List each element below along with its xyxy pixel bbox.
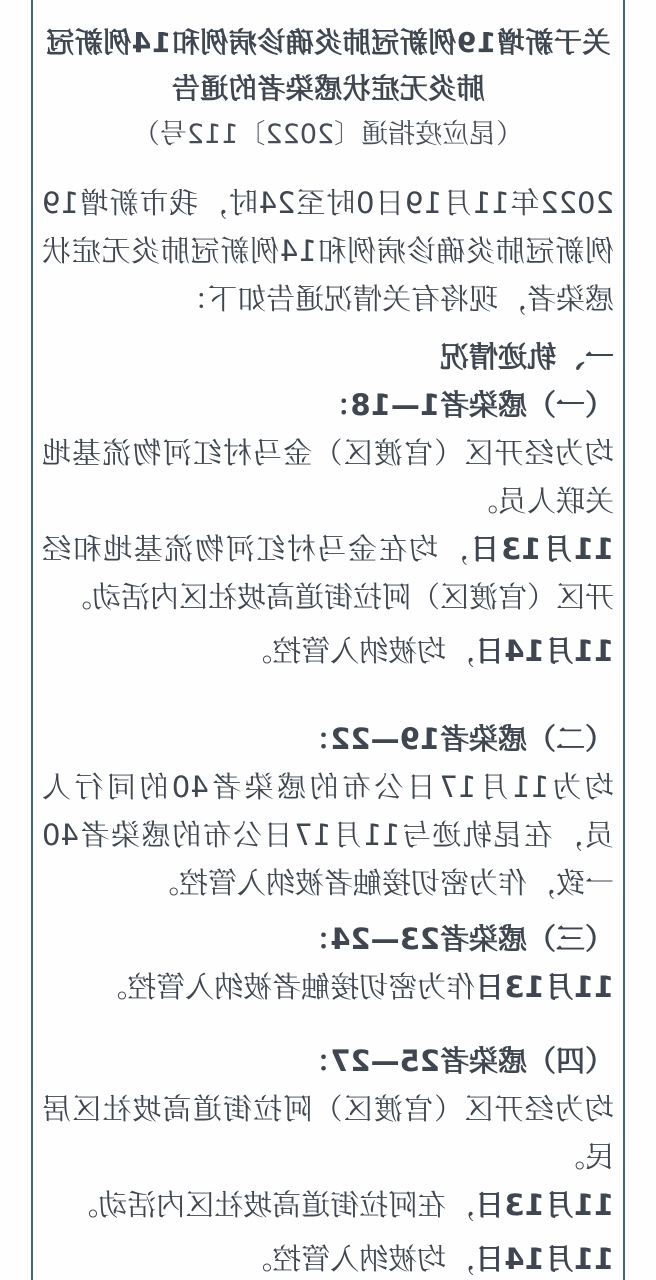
paragraph-text: ，在阿拉街道高坡社区内活动。: [69, 1188, 475, 1222]
paragraph-text: 作为密切接触者被纳入管控。: [98, 970, 475, 1004]
paragraph: 11月13日，均在金马村红河物流基地和经开区（官渡区）阿拉街道高坡社区内活动。: [42, 525, 614, 621]
group-heading-cases-1-18: （一）感染者1—18：: [42, 381, 614, 429]
group-heading-cases-19-22: （二）感染者19—22：: [42, 715, 614, 763]
document-number: （昆应疫指通〔2022〕112号）: [42, 113, 614, 157]
date-emphasis: 11月13日: [475, 970, 614, 1004]
document-sheet: 关于新增19例新冠肺炎确诊病例和14例新冠肺炎无症状感染者的通告 （昆应疫指通〔…: [31, 0, 625, 1280]
group-heading-cases-25-27: （四）感染者25—27：: [42, 1037, 614, 1085]
intro-paragraph: 2022年11月19日0时至24时，我市新增19例新冠肺炎确诊病例和14例新冠肺…: [42, 179, 614, 323]
paragraph: 均为11月17日公布的感染者40的同行人员，在昆轨迹与11月17日公布的感染者4…: [42, 763, 614, 907]
paragraph-text: 均为经开区（官渡区）阿拉街道高坡社区居民。: [42, 1092, 614, 1174]
paragraph-text: 均为经开区（官渡区）金马村红河物流基地关联人员。: [42, 436, 614, 518]
paragraph: 11月13日，在阿拉街道高坡社区内活动。: [42, 1181, 614, 1229]
section-heading-trajectory: 一、轨迹情况: [42, 333, 614, 381]
paragraph: 均为经开区（官渡区）金马村红河物流基地关联人员。: [42, 429, 614, 525]
paragraph: 11月13日作为密切接触者被纳入管控。: [42, 963, 614, 1011]
date-emphasis: 11月14日: [475, 634, 614, 668]
paragraph: 均为经开区（官渡区）阿拉街道高坡社区居民。: [42, 1085, 614, 1181]
date-emphasis: 11月13日: [475, 1188, 614, 1222]
paragraph-text: 均为11月17日公布的感染者40的同行人员，在昆轨迹与11月17日公布的感染者4…: [42, 770, 614, 900]
paragraph: 11月14日，均被纳入管控。: [42, 627, 614, 675]
paragraph-text: ，均被纳入管控。: [243, 634, 475, 668]
paragraph: 11月14日，均被纳入管控。: [42, 1235, 614, 1280]
date-emphasis: 11月13日: [469, 532, 614, 566]
intro-text: 2022年11月19日0时至24时，我市新增19例新冠肺炎确诊病例和14例新冠肺…: [42, 186, 614, 316]
document-title: 关于新增19例新冠肺炎确诊病例和14例新冠肺炎无症状感染者的通告: [42, 20, 614, 112]
date-emphasis: 11月14日: [475, 1242, 614, 1276]
paragraph-text: ，均被纳入管控。: [243, 1242, 475, 1276]
group-heading-cases-23-24: （三）感染者23—24：: [42, 915, 614, 963]
mirrored-page: 关于新增19例新冠肺炎确诊病例和14例新冠肺炎无症状感染者的通告 （昆应疫指通〔…: [0, 0, 656, 1280]
